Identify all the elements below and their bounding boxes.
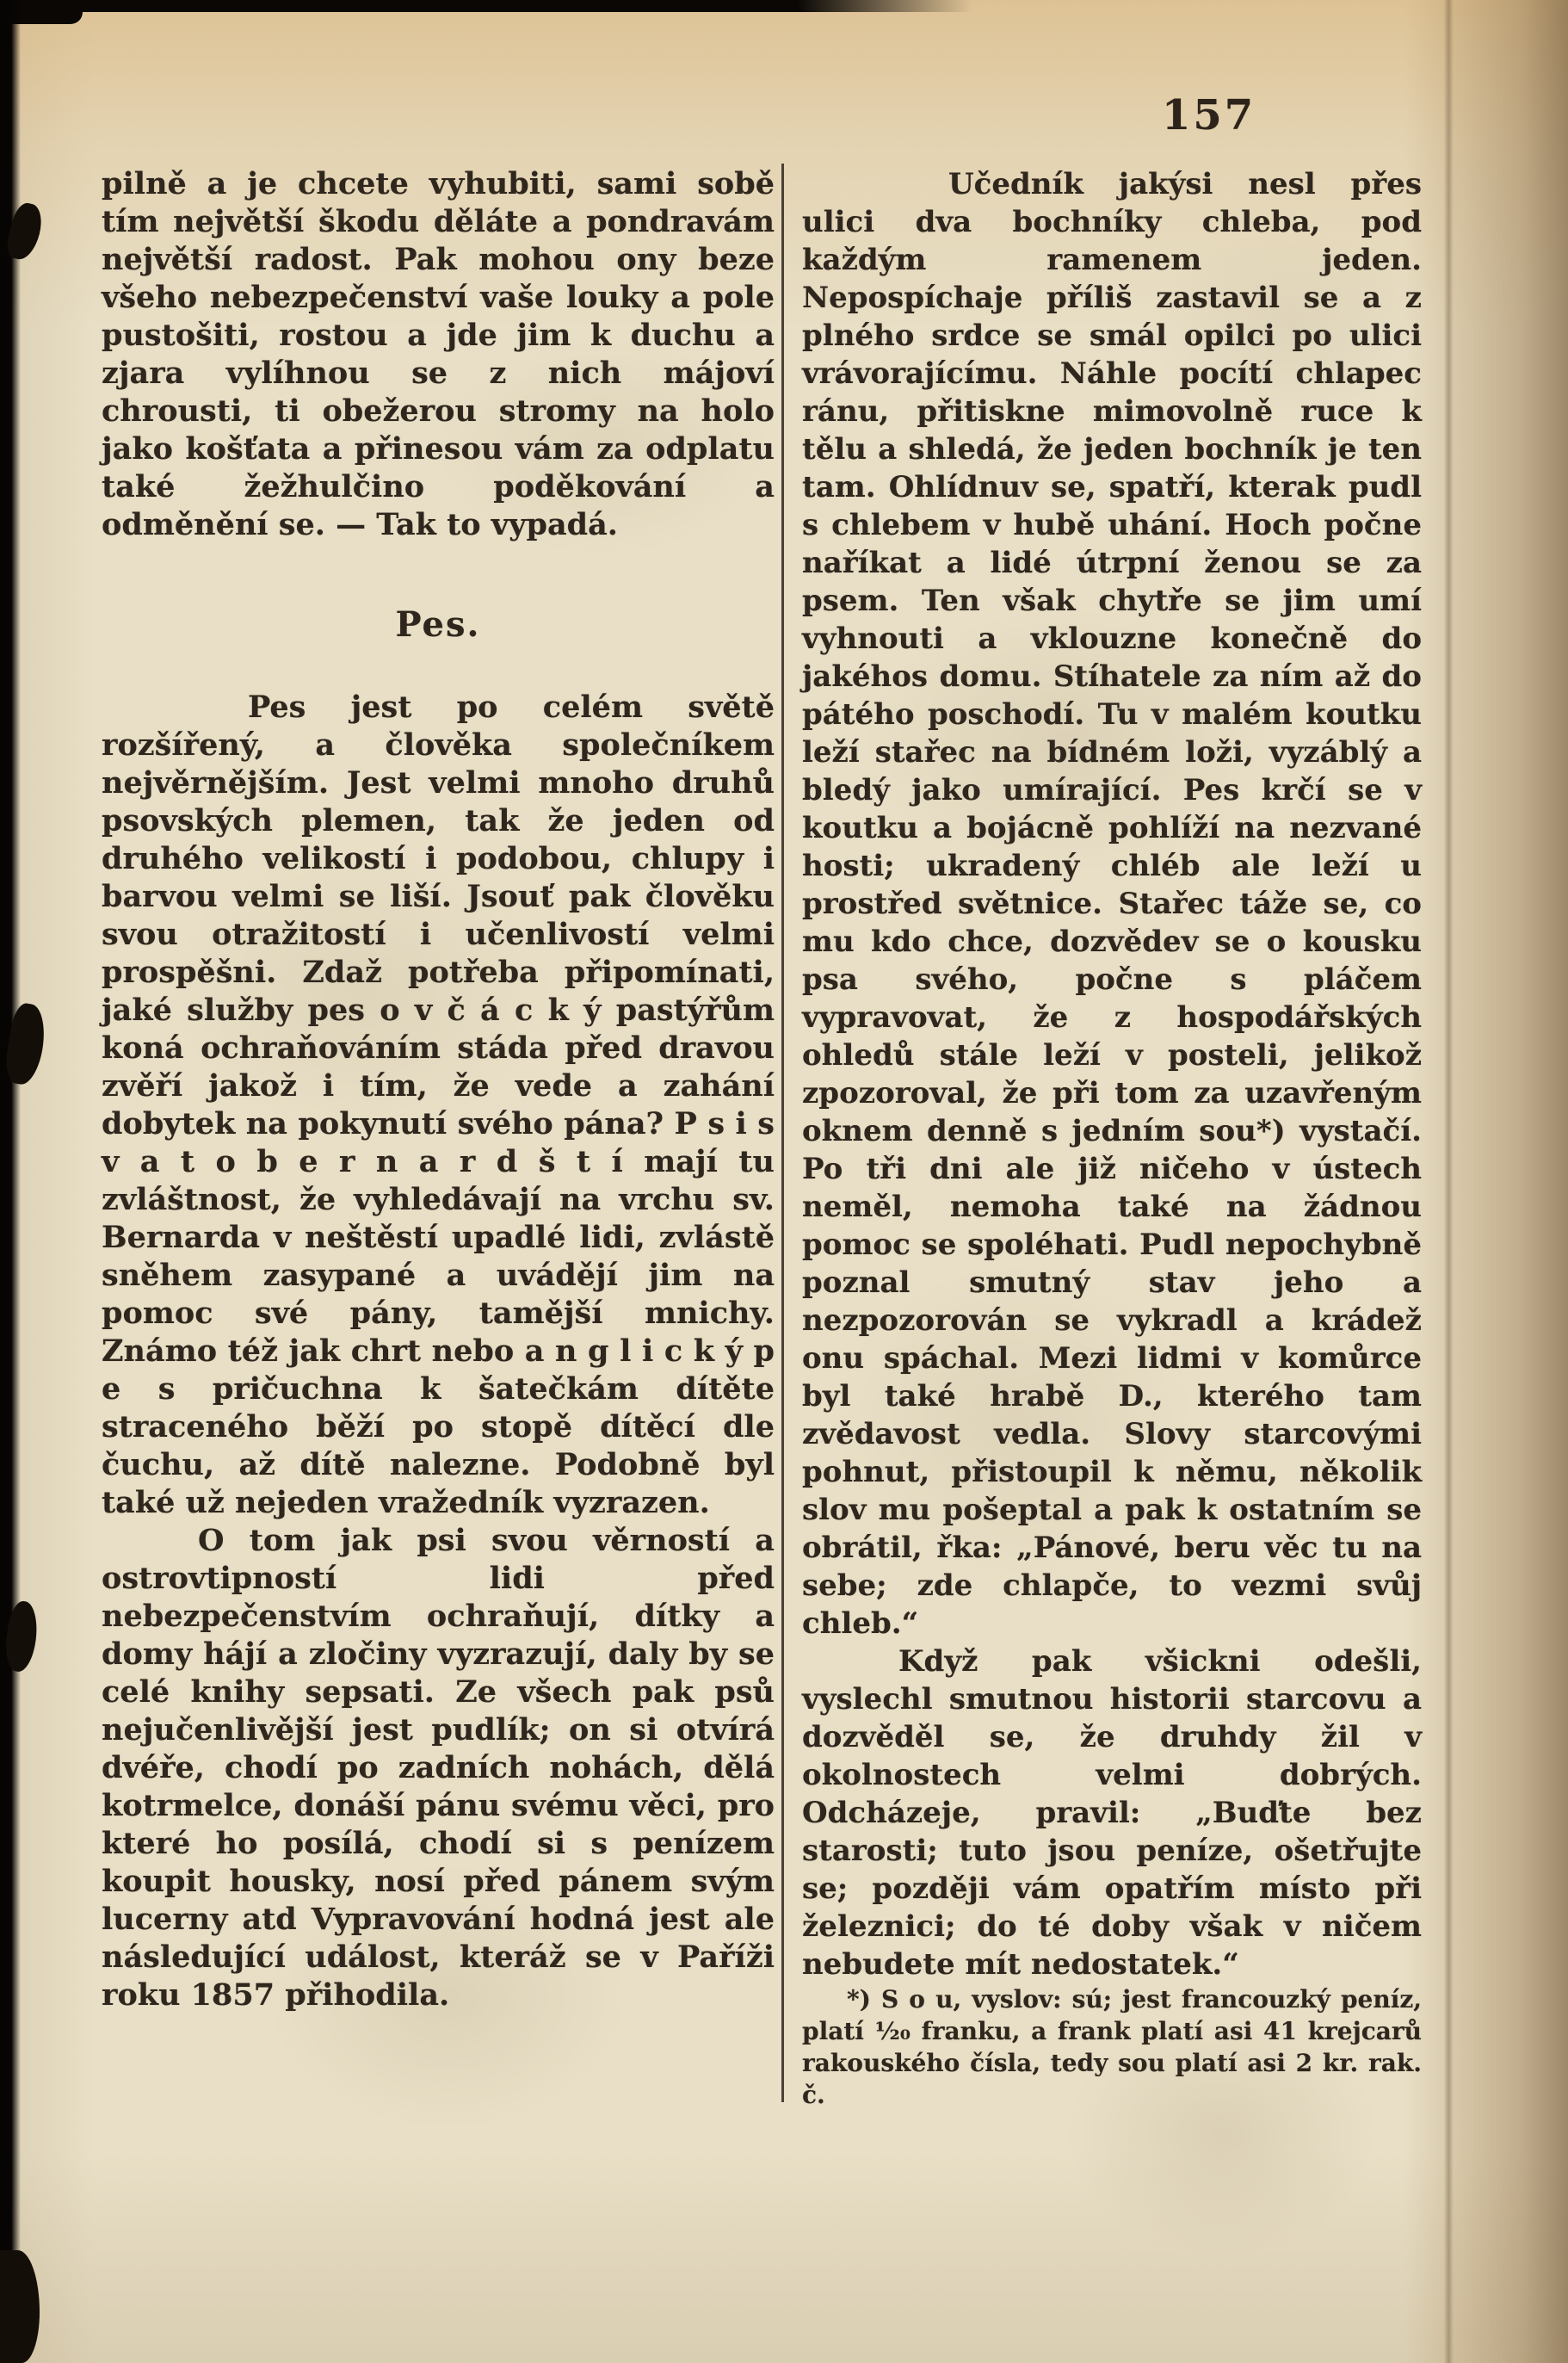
column-divider — [781, 164, 784, 2102]
paragraph: Pes jest po celém světě rozšířený, a člo… — [102, 689, 775, 1522]
page-number: 157 — [1162, 91, 1256, 139]
footnote: *) S o u, vyslov: sú; jest francouzký pe… — [802, 1983, 1422, 2111]
paragraph: O tom jak psi svou věrností a ostrovtipn… — [102, 1522, 775, 2014]
paragraph: Učedník jakýsi nesl přes ulici dva bochn… — [802, 165, 1422, 1642]
scan-edge-top — [0, 0, 972, 12]
page-edge-shadow — [1404, 0, 1568, 2363]
scan-edge-left — [0, 0, 21, 2363]
right-column: Učedník jakýsi nesl přes ulici dva bochn… — [802, 165, 1422, 2111]
paragraph: Když pak všickni odešli, vyslechl smutno… — [802, 1642, 1422, 1983]
paragraph-continuation: pilně a je chcete vyhubiti, sami sobě tí… — [102, 165, 775, 544]
section-heading: Pes. — [102, 606, 775, 644]
left-column: pilně a je chcete vyhubiti, sami sobě tí… — [102, 165, 775, 2014]
binding-mark — [0, 2250, 40, 2363]
